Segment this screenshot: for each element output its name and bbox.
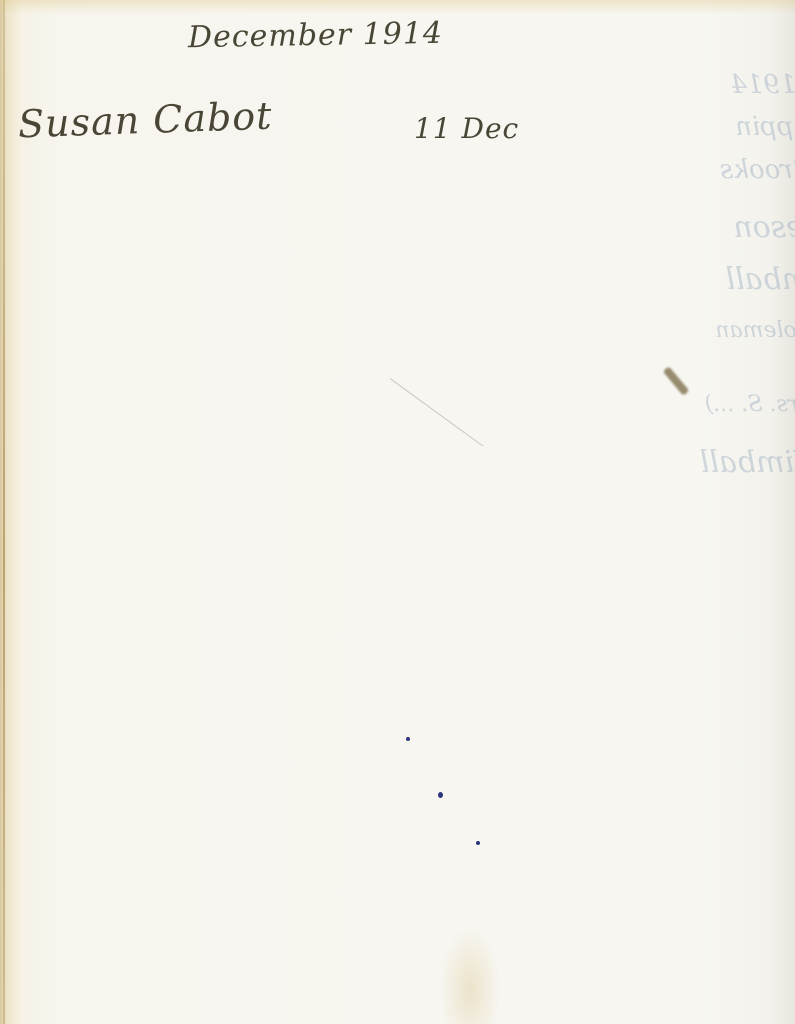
pen-stroke-mark [390, 378, 484, 446]
bleed-through-line: Holly ... Brooks [720, 155, 795, 185]
bleed-through-line: 1914 [730, 70, 795, 100]
page-heading-date: December 1914 [188, 16, 444, 55]
bleed-through-line: Margaret Kimball [725, 262, 795, 297]
entry-date: 11 Dec [414, 112, 519, 145]
bleed-through-line: Katharine L. Coleman [715, 318, 795, 343]
bleed-through-line: M. Ernest Kimball [700, 445, 795, 480]
bleed-through-line: Eunice C. Hutcheson [733, 210, 795, 245]
ink-spot [406, 737, 410, 741]
ink-smudge [663, 366, 690, 396]
bleed-through-line: Hazel H. Pippin [735, 112, 795, 142]
binding-edge [3, 0, 5, 1024]
bleed-through-line: ... (Mrs. S. ...) [705, 392, 795, 417]
signature: Susan Cabot [17, 94, 273, 147]
ink-spot [438, 792, 443, 798]
document-page: 1914 Hazel H. Pippin Holly ... Brooks Eu… [0, 0, 795, 1024]
ink-spot [476, 841, 480, 845]
